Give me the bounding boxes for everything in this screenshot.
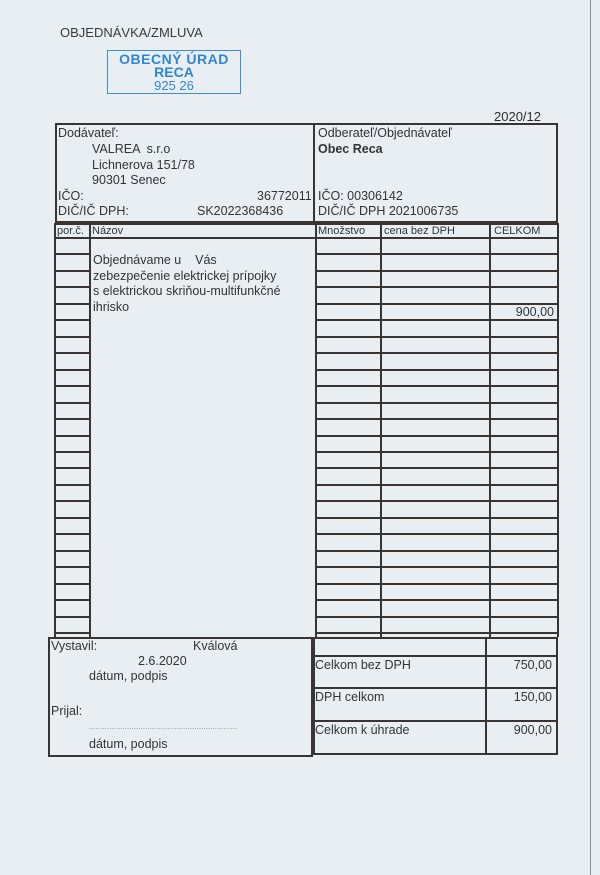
grid-line — [55, 566, 90, 568]
grid-line — [55, 253, 90, 255]
grid-line — [55, 223, 558, 225]
grid-line — [315, 336, 558, 338]
grid-line — [315, 517, 558, 519]
item-total: 900,00 — [490, 305, 554, 319]
grid-line — [55, 270, 90, 272]
customer-dic: DIČ/IČ DPH 2021006735 — [318, 204, 458, 218]
grid-line — [315, 500, 558, 502]
total-value: 750,00 — [488, 658, 552, 672]
grid-line — [55, 484, 90, 486]
received-label: Prijal: — [51, 704, 82, 718]
description-line: s elektrickou skriňou-multifunkčné — [93, 284, 281, 300]
grid-line — [315, 418, 558, 420]
grid-line — [315, 352, 558, 354]
total-label: Celkom bez DPH — [315, 658, 411, 672]
grid-line — [55, 336, 90, 338]
grid-line — [55, 533, 90, 535]
issue-date: 2.6.2020 — [138, 654, 187, 668]
order-number: 2020/12 — [494, 109, 541, 124]
grid-line — [315, 583, 558, 585]
stamp-line-3: 925 26 — [108, 79, 240, 92]
supplier-name: VALREA s.r.o — [92, 142, 170, 156]
totals-line — [313, 637, 558, 639]
supplier-street: Lichnerova 151/78 — [92, 158, 195, 172]
grid-line — [315, 451, 558, 453]
grid-line — [55, 352, 90, 354]
customer-ico: IČO: 00306142 — [318, 189, 403, 203]
totals-line — [313, 753, 558, 755]
office-stamp: OBECNÝ ÚRAD RECA 925 26 — [107, 50, 241, 94]
totals-line — [556, 637, 558, 755]
grid-line — [55, 517, 90, 519]
total-value: 900,00 — [488, 723, 552, 737]
signature-line: ........................................… — [89, 724, 237, 731]
grid-line — [315, 616, 558, 618]
grid-line — [55, 632, 90, 634]
grid-line — [315, 632, 558, 634]
grid-line — [55, 369, 90, 371]
grid-line — [315, 319, 558, 321]
grid-line — [315, 435, 558, 437]
grid-line — [315, 533, 558, 535]
supplier-dic-label: DIČ/IČ DPH: — [58, 204, 129, 218]
header-name: Názov — [92, 225, 123, 237]
customer-name: Obec Reca — [318, 142, 383, 156]
supplier-ico-label: IČO: — [58, 189, 84, 203]
grid-line — [315, 566, 558, 568]
grid-line — [315, 550, 558, 552]
grid-line — [55, 599, 90, 601]
document-title: OBJEDNÁVKA/ZMLUVA — [60, 25, 203, 40]
totals-line — [313, 655, 558, 657]
grid-line — [315, 369, 558, 371]
grid-line — [55, 303, 90, 305]
header-price: cena bez DPH — [384, 225, 455, 237]
grid-line — [55, 435, 90, 437]
total-value: 150,00 — [488, 690, 552, 704]
header-total: CELKOM — [494, 225, 540, 237]
grid-line — [315, 402, 558, 404]
total-label: DPH celkom — [315, 690, 384, 704]
totals-line — [485, 637, 487, 755]
grid-line — [315, 385, 558, 387]
total-label: Celkom k úhrade — [315, 723, 410, 737]
grid-line — [315, 599, 558, 601]
grid-line — [55, 583, 90, 585]
item-description: Objednávame u Vás zebezpečenie elektrick… — [93, 253, 281, 315]
grid-line — [55, 451, 90, 453]
received-sign-label: dátum, podpis — [89, 737, 168, 751]
issuer-label: Vystavil: — [51, 639, 97, 653]
grid-line — [55, 286, 90, 288]
page-edge — [590, 0, 591, 875]
customer-label: Odberateľ/Objednávateľ — [318, 126, 452, 140]
grid-line — [55, 467, 90, 469]
grid-line — [55, 500, 90, 502]
grid-line — [315, 253, 558, 255]
grid-line — [55, 319, 90, 321]
supplier-city: 90301 Senec — [92, 173, 166, 187]
supplier-label: Dodávateľ: — [58, 126, 119, 140]
grid-line — [315, 270, 558, 272]
description-line: Objednávame u Vás — [93, 253, 281, 269]
grid-line — [55, 550, 90, 552]
grid-line — [55, 402, 90, 404]
supplier-dic: SK2022368436 — [197, 204, 283, 218]
grid-line — [55, 418, 90, 420]
grid-line — [315, 467, 558, 469]
description-line: zebezpečenie elektrickej prípojky — [93, 269, 281, 285]
grid-line — [315, 286, 558, 288]
description-line: ihrisko — [93, 300, 281, 316]
grid-line — [55, 616, 90, 618]
grid-line — [315, 484, 558, 486]
grid-line — [55, 385, 90, 387]
header-number: por.č. — [57, 225, 84, 237]
totals-line — [313, 720, 558, 722]
grid-line — [55, 237, 558, 239]
issuer-name: Kválová — [193, 639, 237, 653]
issue-sign-label: dátum, podpis — [89, 669, 168, 683]
totals-line — [313, 687, 558, 689]
header-quantity: Množstvo — [318, 225, 365, 237]
supplier-ico: 36772011 — [257, 189, 312, 203]
